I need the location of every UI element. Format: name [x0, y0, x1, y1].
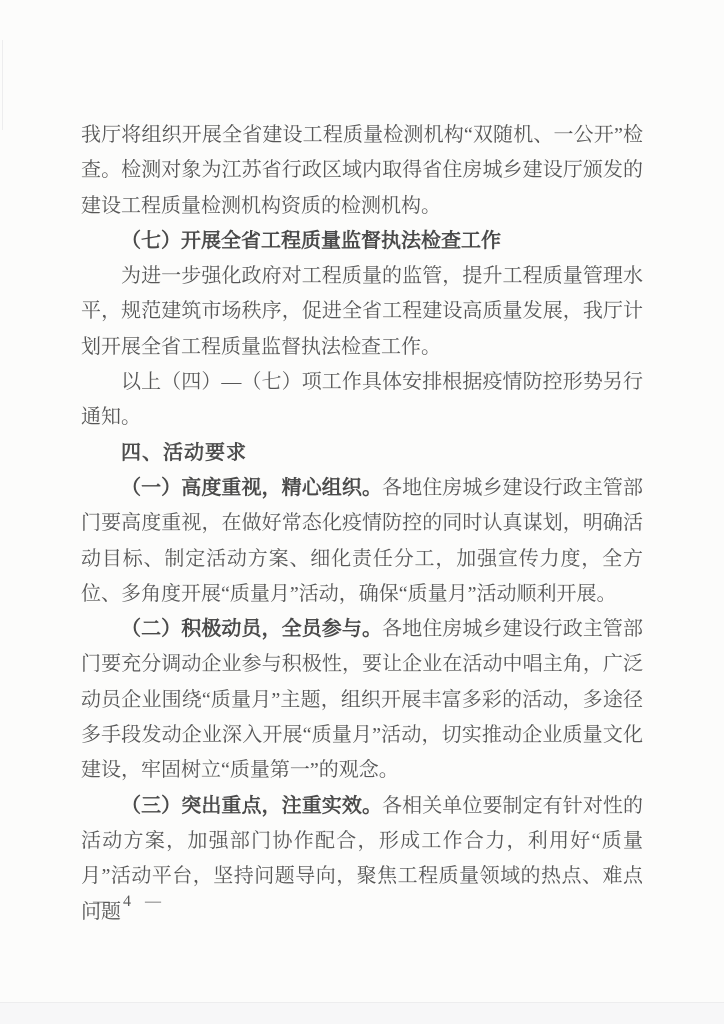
page-number: — 4 —: [93, 893, 166, 911]
section-heading-four: 四、活动要求: [81, 436, 643, 471]
paragraph-lead-one: （一）高度重视，精心组织。: [121, 477, 382, 499]
paragraph: 以上（四）—（七）项工作具体安排根据疫情防控形势另行通知。: [81, 365, 643, 436]
scan-bottom-edge: [0, 1002, 724, 1024]
subsection-heading-seven: （七）开展全省工程质量监督执法检查工作: [81, 224, 643, 259]
paragraph-continuation: 我厅将组织开展全省建设工程质量检测机构“双随机、一公开”检查。检测对象为江苏省行…: [81, 118, 643, 224]
paragraph: （二）积极动员，全员参与。各地住房城乡建设行政主管部门要充分调动企业参与积极性，…: [81, 612, 643, 788]
paragraph-lead-two: （二）积极动员，全员参与。: [121, 618, 382, 640]
paragraph-lead-three: （三）突出重点，注重实效。: [121, 795, 382, 817]
paragraph: （一）高度重视，精心组织。各地住房城乡建设行政主管部门要高度重视，在做好常态化疫…: [81, 471, 643, 612]
paragraph: 为进一步强化政府对工程质量的监管，提升工程质量管理水平，规范建筑市场秩序，促进全…: [81, 259, 643, 365]
scanned-document-page: 我厅将组织开展全省建设工程质量检测机构“双随机、一公开”检查。检测对象为江苏省行…: [0, 0, 724, 1024]
paragraph-text: 各地住房城乡建设行政主管部门要充分调动企业参与积极性，要让企业在活动中唱主角，广…: [81, 618, 643, 781]
document-body: 我厅将组织开展全省建设工程质量检测机构“双随机、一公开”检查。检测对象为江苏省行…: [81, 118, 643, 930]
scan-edge-artifact: [2, 40, 3, 130]
